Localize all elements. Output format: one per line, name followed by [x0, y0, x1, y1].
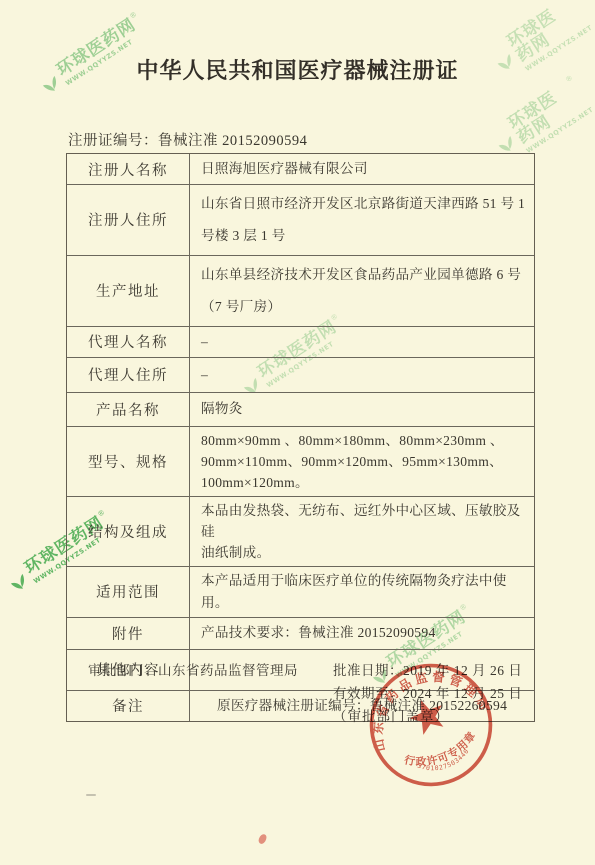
row-value: 山东单县经济技术开发区食品药品产业园单德路 6 号 （7 号厂房） — [189, 256, 534, 326]
row-label: 产品名称 — [67, 393, 189, 426]
red-ink-speck — [258, 833, 268, 845]
row-value: 山东省日照市经济开发区北京路街道天津西路 51 号 1 号楼 3 层 1 号 — [189, 185, 534, 255]
registration-number-label: 注册证编号： — [68, 133, 158, 149]
row-value: 日照海旭医疗器械有限公司 — [189, 154, 534, 184]
registration-number-value: 鲁械注准 20152090594 — [158, 133, 307, 149]
approval-department-value: 山东省药品监督管理局 — [158, 663, 298, 678]
row-label: 附件 — [67, 618, 189, 649]
row-value: – — [189, 358, 534, 392]
row-value: 80mm×90mm 、80mm×180mm、80mm×230mm 、 90mm×… — [189, 427, 534, 496]
row-label: 注册人名称 — [67, 154, 189, 184]
table-row: 型号、规格 80mm×90mm 、80mm×180mm、80mm×230mm 、… — [67, 426, 534, 496]
watermark-leaf-icon — [5, 567, 33, 595]
pen-dash-mark — [86, 794, 96, 796]
row-label: 代理人名称 — [67, 327, 189, 357]
row-label: 结构及组成 — [67, 497, 189, 566]
table-row: 代理人住所 – — [67, 357, 534, 392]
official-seal: 山东省药品监督管理局 行政许可专用章 3701027503440 — [364, 658, 498, 792]
registration-number-line: 注册证编号：鲁械注准 20152090594 — [68, 129, 307, 150]
approval-department-label: 审批部门： — [88, 663, 158, 678]
watermark-text: 环球医药网 — [506, 80, 584, 147]
table-row: 附件 产品技术要求：鲁械注准 20152090594 — [67, 617, 534, 649]
row-label: 适用范围 — [67, 567, 189, 617]
table-row: 产品名称 隔物灸 — [67, 392, 534, 426]
registered-mark-icon: ® — [129, 11, 139, 21]
row-value: 本品由发热袋、无纺布、远红外中心区域、压敏胶及硅 油纸制成。 — [189, 497, 534, 566]
row-value: 本产品适用于临床医疗单位的传统隔物灸疗法中使用。 — [189, 567, 534, 617]
row-label: 生产地址 — [67, 256, 189, 326]
row-value: 隔物灸 — [189, 393, 534, 426]
approval-department-line: 审批部门：山东省药品监督管理局 — [88, 659, 298, 679]
table-row: 结构及组成 本品由发热袋、无纺布、远红外中心区域、压敏胶及硅 油纸制成。 — [67, 496, 534, 566]
certificate-table: 注册人名称 日照海旭医疗器械有限公司 注册人住所 山东省日照市经济开发区北京路街… — [66, 153, 535, 722]
registered-mark-icon: ® — [564, 0, 574, 2]
row-label: 代理人住所 — [67, 358, 189, 392]
row-label: 备注 — [67, 691, 189, 721]
table-row: 代理人名称 – — [67, 326, 534, 357]
row-value: 产品技术要求：鲁械注准 20152090594 — [189, 618, 534, 649]
row-label: 型号、规格 — [67, 427, 189, 496]
seal-star-icon — [405, 693, 450, 737]
table-row: 注册人名称 日照海旭医疗器械有限公司 — [67, 154, 534, 184]
page-title: 中华人民共和国医疗器械注册证 — [0, 54, 595, 85]
certificate-page: 环球医药网® WWW.QQYYZS.NET 环球医药网® WWW.QQYYZS.… — [0, 0, 595, 865]
table-row: 生产地址 山东单县经济技术开发区食品药品产业园单德路 6 号 （7 号厂房） — [67, 255, 534, 326]
table-row: 注册人住所 山东省日照市经济开发区北京路街道天津西路 51 号 1 号楼 3 层… — [67, 184, 534, 255]
table-row: 适用范围 本产品适用于临床医疗单位的传统隔物灸疗法中使用。 — [67, 566, 534, 617]
row-label: 注册人住所 — [67, 185, 189, 255]
watermark-url: WWW.QQYYZS.NET — [525, 106, 594, 154]
row-value: – — [189, 327, 534, 357]
